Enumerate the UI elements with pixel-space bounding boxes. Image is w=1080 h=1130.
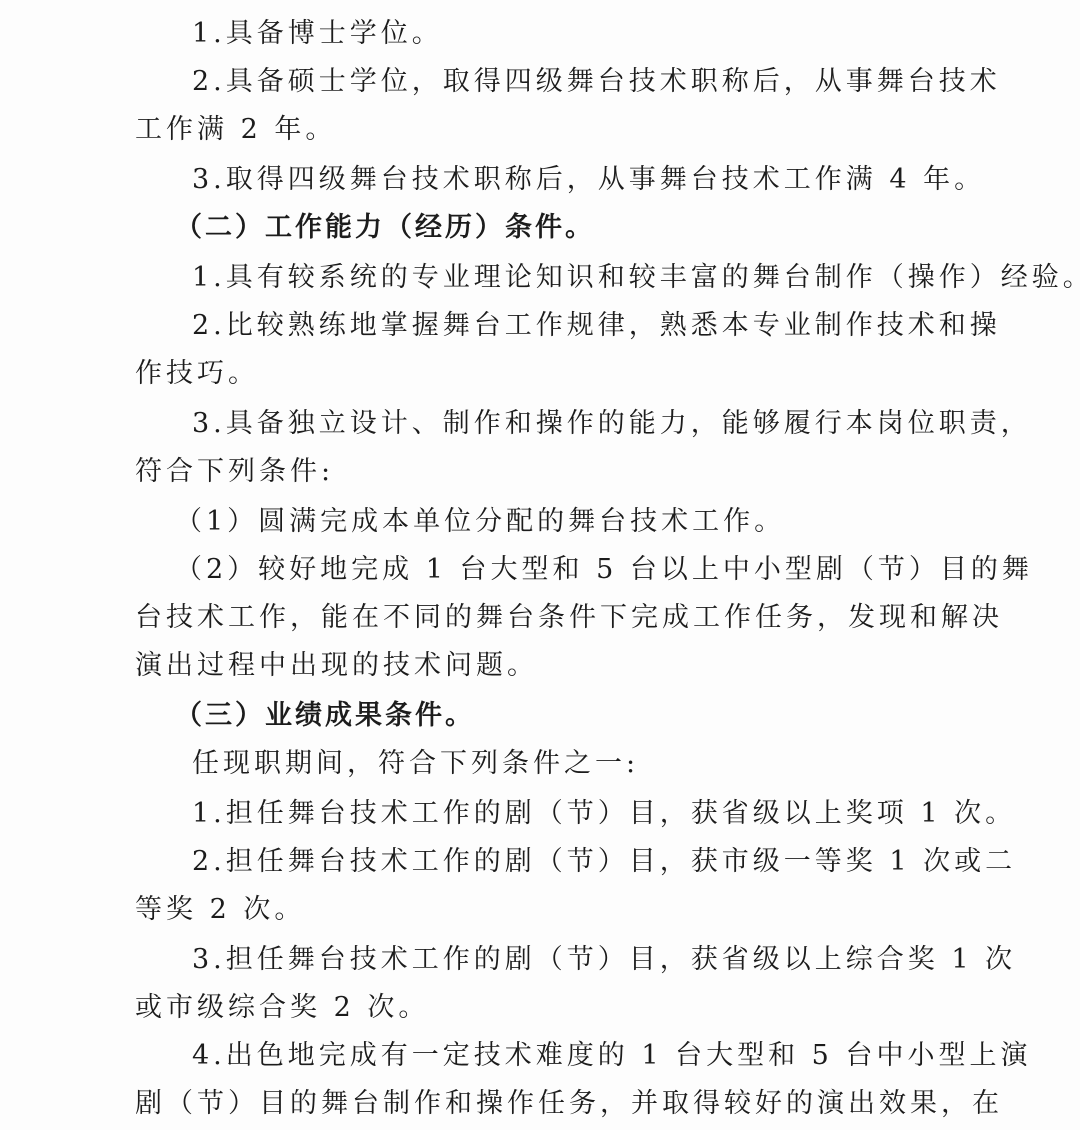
document-heading: （二）工作能力（经历）条件。: [175, 208, 595, 248]
document-continuation: 符合下列条件:: [135, 452, 334, 492]
document-list-item: 3.取得四级舞台技术职称后，从事舞台技术工作满 4 年。: [192, 160, 985, 200]
document-list-item: 2.具备硕士学位，取得四级舞台技术职称后，从事舞台技术: [192, 62, 1001, 102]
document-list-item: 2.比较熟练地掌握舞台工作规律，熟悉本专业制作技术和操: [192, 306, 1001, 346]
document-list-item: 3.担任舞台技术工作的剧（节）目，获省级以上综合奖 1 次: [192, 940, 1016, 980]
document-page: 1.具备博士学位。2.具备硕士学位，取得四级舞台技术职称后，从事舞台技术工作满 …: [0, 0, 1080, 1130]
document-list-item: 1.具有较系统的专业理论知识和较丰富的舞台制作（操作）经验。: [192, 258, 1080, 298]
document-continuation: 台技术工作，能在不同的舞台条件下完成工作任务，发现和解决: [135, 598, 1003, 638]
document-list-item: 4.出色地完成有一定技术难度的 1 台大型和 5 台中小型上演: [192, 1036, 1031, 1076]
document-heading: （三）业绩成果条件。: [175, 696, 475, 736]
document-continuation: 等奖 2 次。: [135, 890, 305, 930]
document-continuation: 作技巧。: [135, 354, 259, 394]
document-continuation: 剧（节）目的舞台制作和操作任务，并取得较好的演出效果，在: [135, 1084, 1003, 1124]
document-paragraph: 任现职期间，符合下列条件之一:: [192, 744, 639, 784]
document-list-item: 2.担任舞台技术工作的剧（节）目，获市级一等奖 1 次或二: [192, 842, 1016, 882]
document-sub-item: （2）较好地完成 1 台大型和 5 台以上中小型剧（节）目的舞: [175, 550, 1033, 590]
document-continuation: 或市级综合奖 2 次。: [135, 988, 429, 1028]
document-list-item: 3.具备独立设计、制作和操作的能力，能够履行本岗位职责，: [192, 404, 1032, 444]
document-list-item: 1.具备博士学位。: [192, 14, 443, 54]
document-sub-item: （1）圆满完成本单位分配的舞台技术工作。: [175, 502, 785, 542]
document-continuation: 演出过程中出现的技术问题。: [135, 646, 538, 686]
document-list-item: 1.担任舞台技术工作的剧（节）目，获省级以上奖项 1 次。: [192, 794, 1016, 834]
document-continuation: 工作满 2 年。: [135, 110, 336, 150]
